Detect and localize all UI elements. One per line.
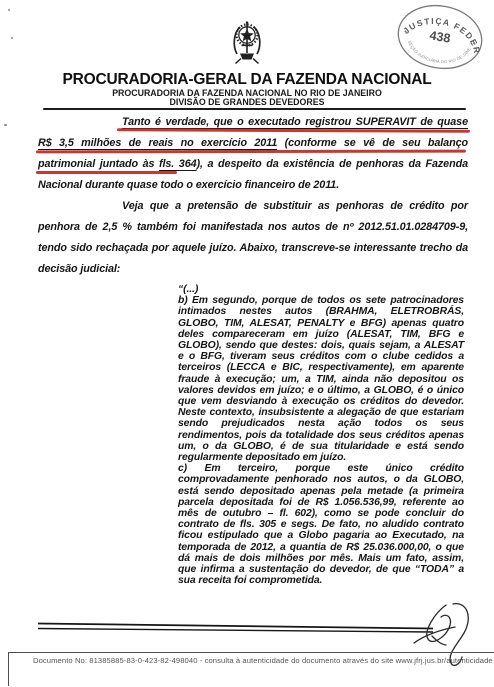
footer-authentication-box: Documento No: 81385885-83-0-423-82-49804… — [8, 652, 494, 686]
brazil-coat-of-arms-icon — [231, 20, 263, 66]
stamp-page-number: 438 — [429, 28, 452, 45]
scan-speck — [11, 37, 13, 39]
quote-item-b: b) Em segundo, porque de todos os sete p… — [178, 295, 464, 463]
closing-rule-line-top — [38, 624, 433, 629]
quote-item-c: c) Em terceiro, porque este único crédit… — [178, 463, 464, 586]
justica-federal-stamp: JUSTIÇA FEDERAL SEÇÃO JUDICIÁRIA DO RIO … — [392, 2, 488, 74]
scanned-legal-document-page: JUSTIÇA FEDERAL SEÇÃO JUDICIÁRIA DO RIO … — [0, 0, 494, 687]
header-rule — [43, 108, 466, 110]
paragraph-superavit: Tanto é verdade, que o executado registr… — [38, 112, 468, 196]
scan-speck — [4, 124, 7, 126]
paragraph-penhora: Veja que a pretensão de substituir as pe… — [38, 196, 468, 280]
header-title: PROCURADORIA-GERAL DA FAZENDA NACIONAL — [0, 71, 494, 89]
header-subtitle-division: DIVISÃO DE GRANDES DEVEDORES — [0, 97, 494, 107]
closing-rule-line-bottom — [38, 629, 433, 633]
quote-ellipsis: “(...) — [178, 284, 464, 295]
underlined-folio-reference: fls. 364 — [159, 158, 197, 170]
scan-speck — [8, 9, 10, 11]
footer-authentication-text: Documento No: 81385885-83-0-423-82-49804… — [33, 656, 494, 665]
judicial-decision-quote-block: “(...) b) Em segundo, porque de todos os… — [178, 284, 464, 586]
